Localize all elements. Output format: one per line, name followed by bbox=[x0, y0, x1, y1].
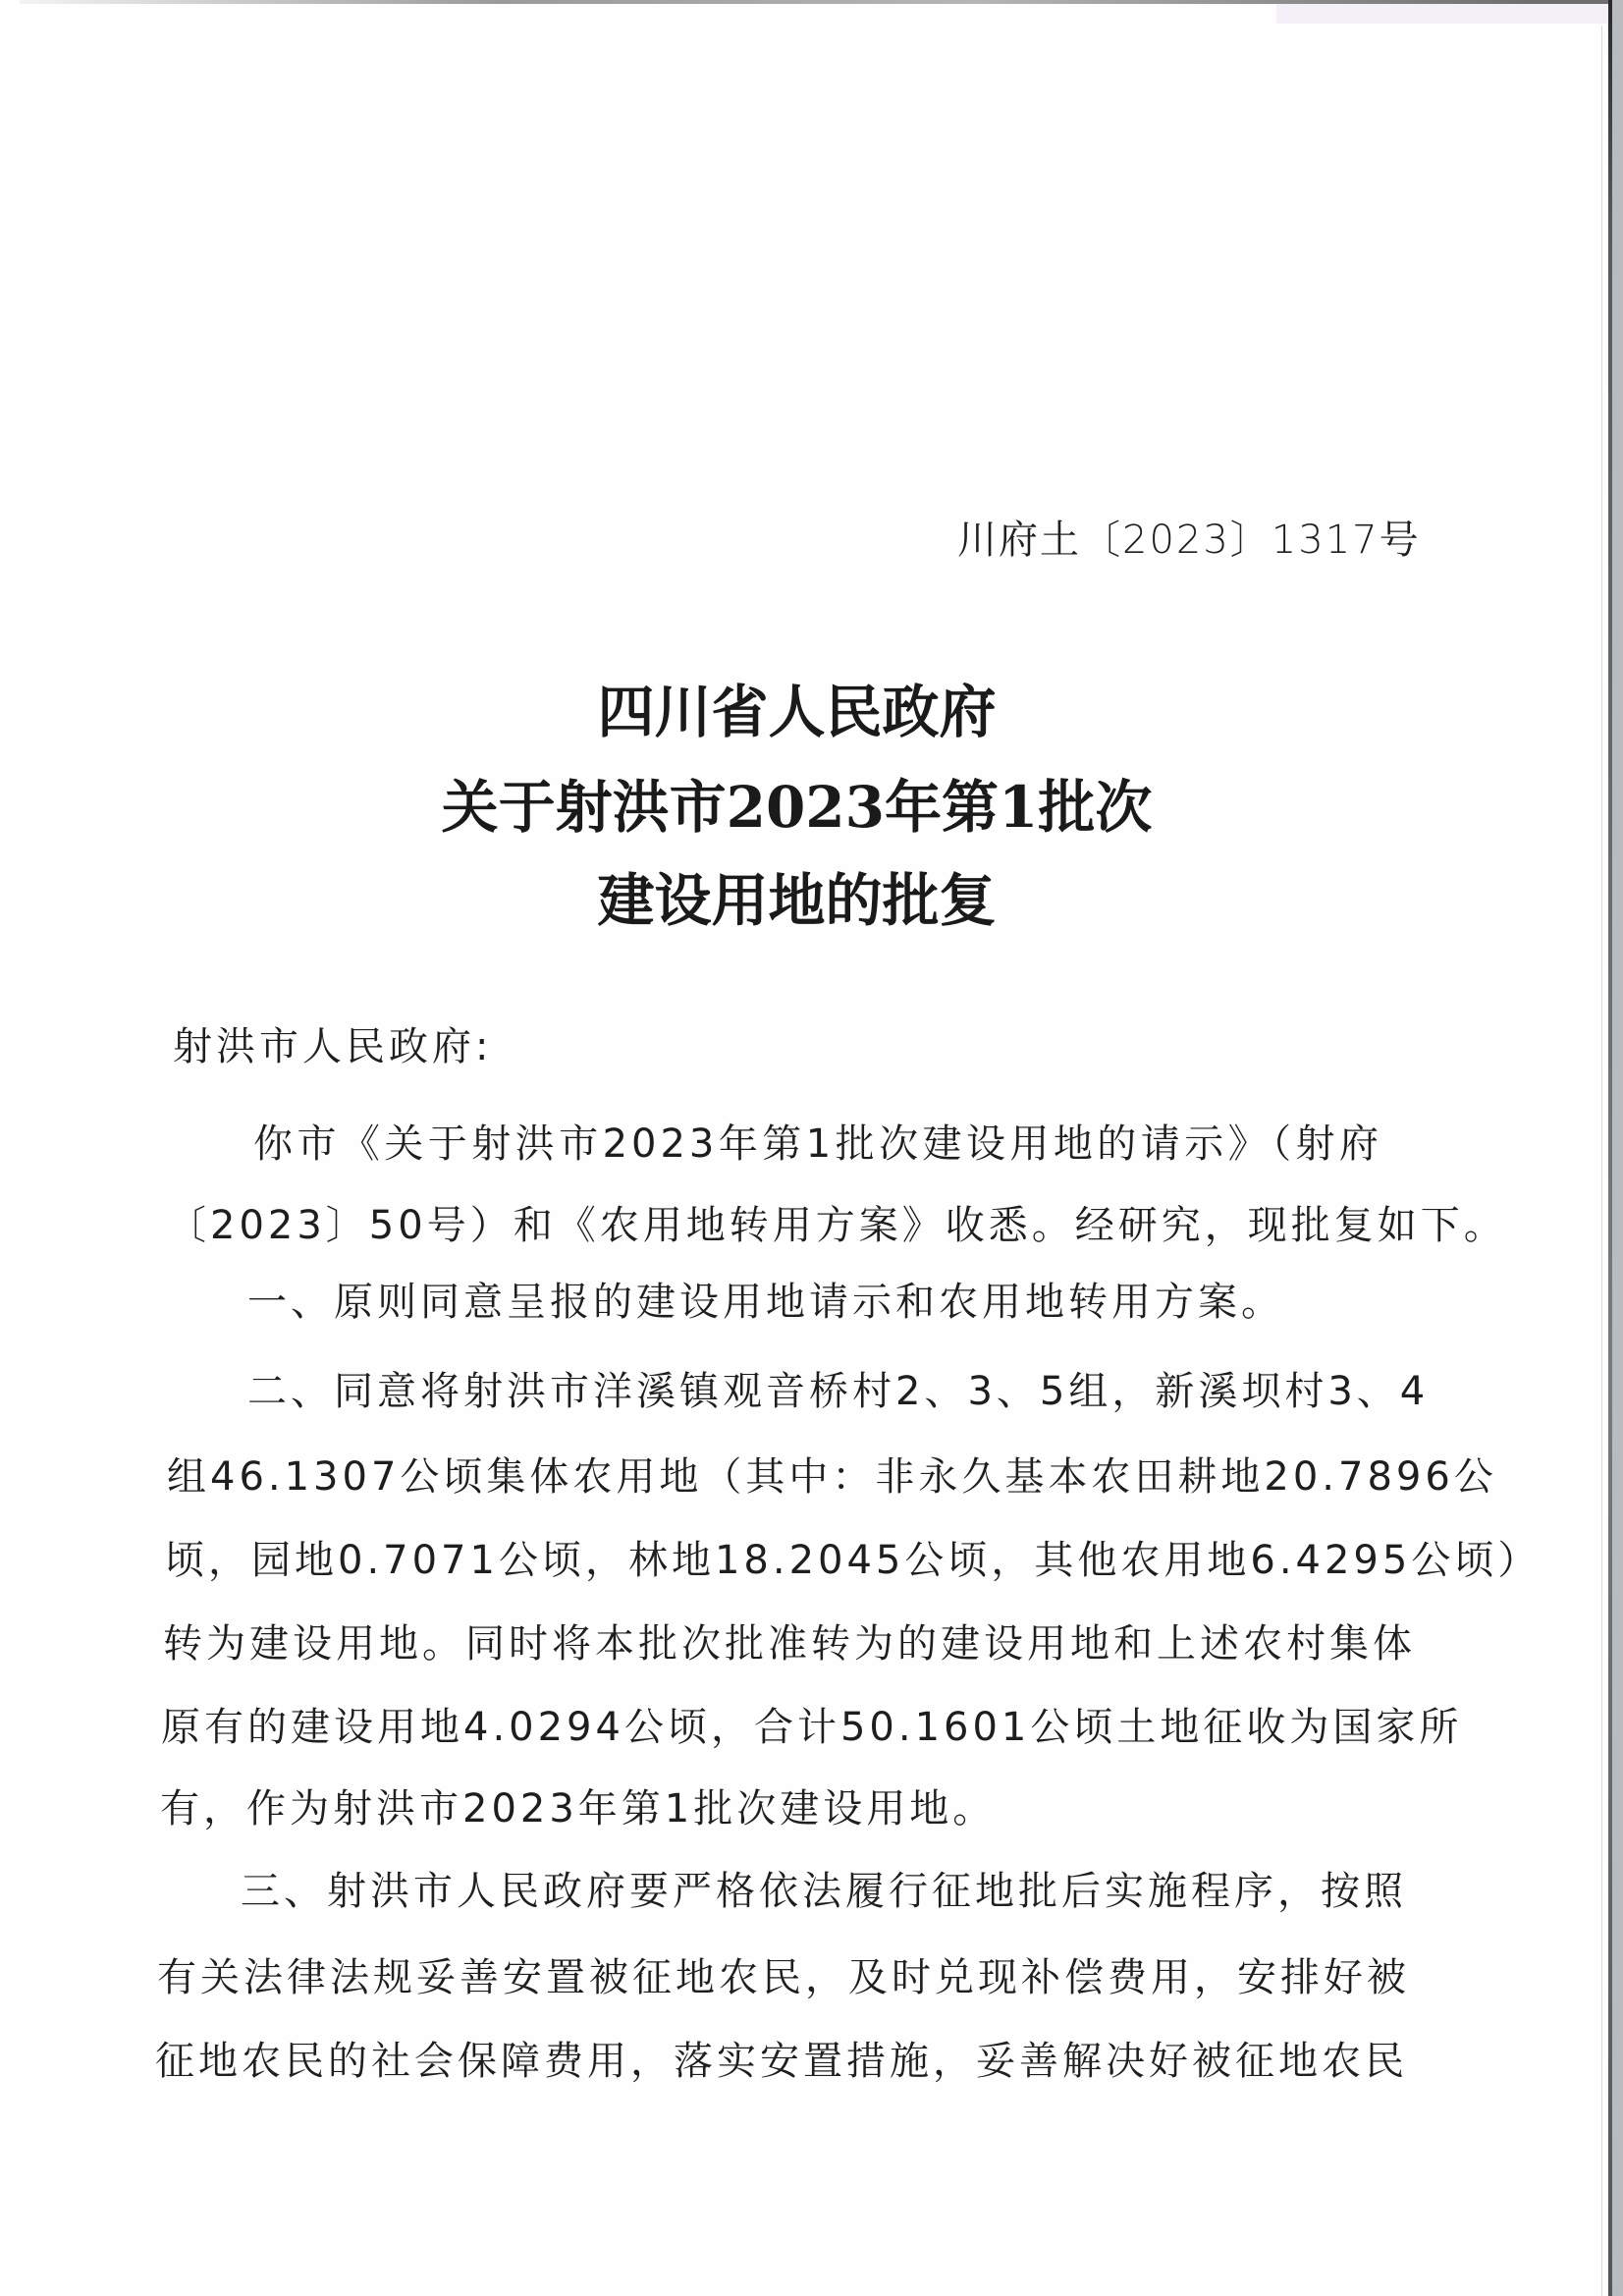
body-line-7: 转为建设用地。同时将本批次批准转为的建设用地和上述农村集体 bbox=[163, 1620, 1380, 1667]
document-number: 川府土〔2023〕1317号 bbox=[957, 509, 1421, 565]
body-line-11: 有关法律法规妥善安置被征地农民，及时兑现补偿费用，安排好被 bbox=[157, 1954, 1375, 2001]
body-line-2: 〔2023〕50号）和《农用地转用方案》收悉。经研究，现批复如下。 bbox=[167, 1202, 1384, 1249]
body-line-1: 你市《关于射洪市2023年第1批次建设用地的请示》（射府 bbox=[253, 1121, 1382, 1168]
body-line-4: 二、同意将射洪市洋溪镇观音桥村2、3、5组，新溪坝村3、4 bbox=[247, 1368, 1377, 1415]
title-line-2: 关于射洪市2023年第1批次 bbox=[0, 761, 1608, 844]
body-line-6: 顷，园地0.7071公顷，林地18.2045公顷，其他农用地6.4295公顷） bbox=[165, 1537, 1382, 1584]
body-line-8: 原有的建设用地4.0294公顷，合计50.1601公顷土地征收为国家所 bbox=[161, 1704, 1379, 1751]
scanned-page: 川府土〔2023〕1317号 四川省人民政府 关于射洪市2023年第1批次 建设… bbox=[0, 0, 1623, 2296]
scan-top-tint bbox=[1276, 4, 1610, 24]
title-line-1: 四川省人民政府 bbox=[0, 666, 1608, 748]
body-line-3: 一、原则同意呈报的建设用地请示和农用地转用方案。 bbox=[247, 1279, 1284, 1326]
scan-page-edge-line bbox=[1601, 26, 1602, 2296]
body-line-10: 三、射洪市人民政府要严格依法履行征地批后实施程序，按照 bbox=[241, 1868, 1375, 1915]
title-line-3: 建设用地的批复 bbox=[0, 854, 1608, 937]
body-line-9: 有，作为射洪市2023年第1批次建设用地。 bbox=[160, 1785, 996, 1832]
body-line-5: 组46.1307公顷集体农用地（其中：非永久基本农田耕地20.7896公 bbox=[167, 1453, 1384, 1501]
body-line-12: 征地农民的社会保障费用，落实安置措施，妥善解决好被征地农民 bbox=[155, 2038, 1373, 2085]
addressee: 射洪市人民政府: bbox=[173, 1023, 492, 1070]
scan-right-strip bbox=[1612, 0, 1623, 2296]
